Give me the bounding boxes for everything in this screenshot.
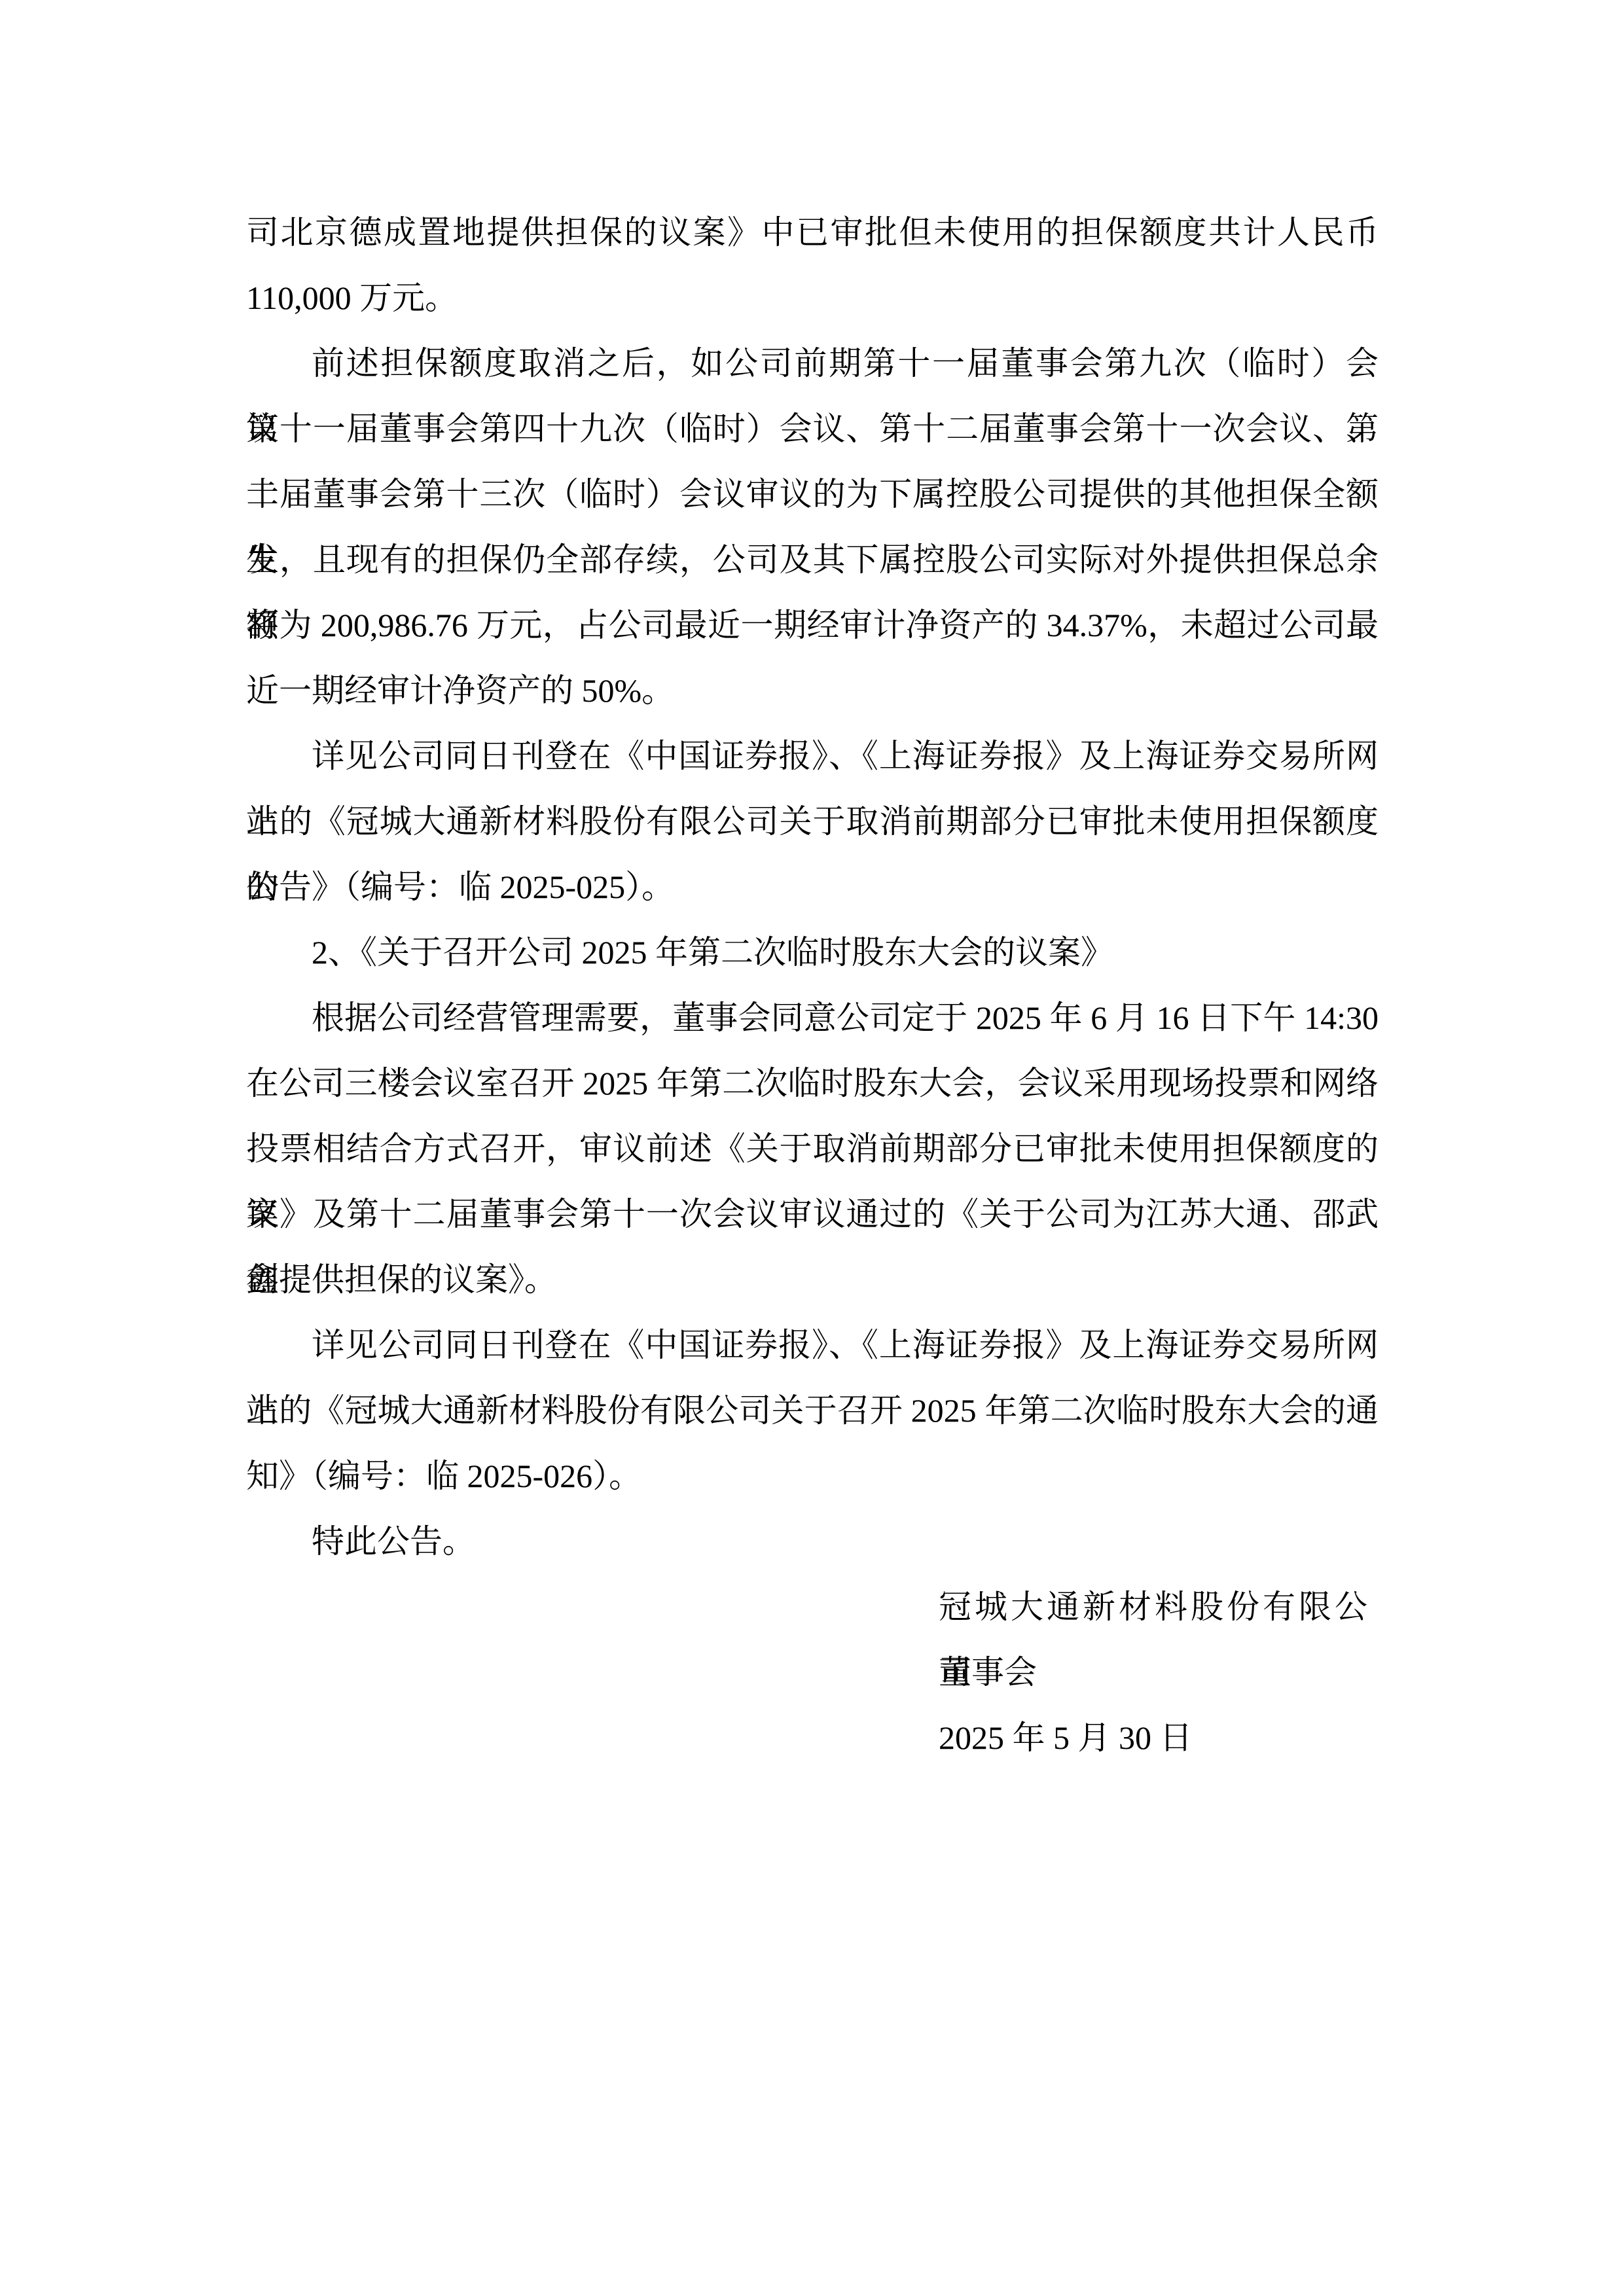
announcement-text-block: 司北京德成置地提供担保的议案》中已审批但未使用的担保额度共计人民币 110,00… — [246, 200, 1379, 1770]
closing-statement: 特此公告。 — [246, 1509, 1379, 1574]
body-line-item-2-title: 2、《关于召开公司 2025 年第二次临时股东大会的议案》 — [246, 920, 1379, 985]
signature-block: 冠城大通新材料股份有限公司 董事会 2025 年 5 月 30 日 — [939, 1574, 1379, 1770]
body-line: 知》（编号：临 2025-026）。 — [246, 1443, 1379, 1509]
body-line: 投票相结合方式召开，审议前述《关于取消前期部分已审批未使用担保额度的议 — [246, 1116, 1379, 1181]
body-line: 鑫提供担保的议案》。 — [246, 1247, 1379, 1312]
body-line: 根据公司经营管理需要，董事会同意公司定于 2025 年 6 月 16 日下午 1… — [246, 985, 1379, 1050]
body-line: 二届董事会第十三次（临时）会议审议的为下属控股公司提供的其他担保全额发 — [246, 461, 1379, 527]
body-line: 上的《冠城大通新材料股份有限公司关于召开 2025 年第二次临时股东大会的通 — [246, 1378, 1379, 1443]
signature-company-name: 冠城大通新材料股份有限公司 — [939, 1574, 1379, 1640]
body-line: 上的《冠城大通新材料股份有限公司关于取消前期部分已审批未使用担保额度的 — [246, 789, 1379, 854]
body-line: 前述担保额度取消之后，如公司前期第十一届董事会第九次（临时）会议、 — [246, 331, 1379, 396]
body-line: 详见公司同日刊登在《中国证券报》、《上海证券报》及上海证券交易所网站 — [246, 1312, 1379, 1378]
body-line: 近一期经审计净资产的 50%。 — [246, 658, 1379, 723]
body-line: 110,000 万元。 — [246, 265, 1379, 331]
body-line: 生，且现有的担保仍全部存续，公司及其下属控股公司实际对外提供担保总余额 — [246, 527, 1379, 592]
signature-date: 2025 年 5 月 30 日 — [939, 1705, 1379, 1770]
body-line: 第十一届董事会第四十九次（临时）会议、第十二届董事会第十一次会议、第十 — [246, 396, 1379, 461]
body-line: 公告》（编号：临 2025-025）。 — [246, 854, 1379, 920]
body-line: 司北京德成置地提供担保的议案》中已审批但未使用的担保额度共计人民币 — [246, 200, 1379, 265]
announcement-page: 司北京德成置地提供担保的议案》中已审批但未使用的担保额度共计人民币 110,00… — [0, 0, 1624, 2296]
body-line: 详见公司同日刊登在《中国证券报》、《上海证券报》及上海证券交易所网站 — [246, 723, 1379, 789]
signature-board: 董事会 — [939, 1640, 1379, 1705]
body-line: 案》及第十二届董事会第十一次会议审议通过的《关于公司为江苏大通、邵武创 — [246, 1181, 1379, 1247]
body-line: 在公司三楼会议室召开 2025 年第二次临时股东大会，会议采用现场投票和网络 — [246, 1050, 1379, 1116]
body-line: 将为 200,986.76 万元，占公司最近一期经审计净资产的 34.37%，未… — [246, 592, 1379, 658]
